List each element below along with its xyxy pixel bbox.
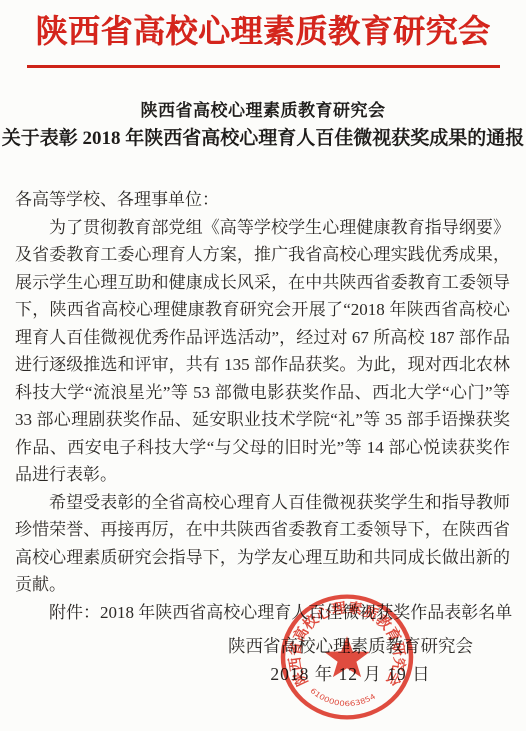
signature-date: 2018 年 12 月 19 日 bbox=[228, 660, 473, 688]
attachment-line: 附件：2018 年陕西省高校心理育人百佳微视获奖作品表彰名单 bbox=[15, 599, 510, 627]
body-paragraph-2: 希望受表彰的全省高校心理育人百佳微视获奖学生和指导教师珍惜荣誉、再接再厉，在中共… bbox=[15, 489, 510, 599]
letterhead-divider-rule bbox=[27, 65, 500, 68]
signature-block: 陕西省高校心理素质教育研究会 2018 年 12 月 19 日 bbox=[228, 632, 473, 688]
salutation-line: 各高等学校、各理事单位： bbox=[15, 186, 510, 214]
document-title: 陕西省高校心理素质教育研究会 关于表彰 2018 年陕西省高校心理育人百佳微视获… bbox=[0, 98, 526, 154]
document-page: 陕西省高校心理素质教育研究会 陕西省高校心理素质教育研究会 关于表彰 2018 … bbox=[0, 0, 526, 731]
document-title-org-line: 陕西省高校心理素质教育研究会 bbox=[0, 98, 526, 124]
document-title-subject-line: 关于表彰 2018 年陕西省高校心理育人百佳微视获奖成果的通报 bbox=[0, 124, 526, 154]
signature-org-name: 陕西省高校心理素质教育研究会 bbox=[228, 632, 473, 660]
body-paragraph-1: 为了贯彻教育部党组《高等学校学生心理健康教育指导纲要》及省委教育工委心理育人方案… bbox=[15, 214, 510, 489]
letterhead-org-name: 陕西省高校心理素质教育研究会 bbox=[0, 0, 526, 52]
document-body: 各高等学校、各理事单位： 为了贯彻教育部党组《高等学校学生心理健康教育指导纲要》… bbox=[15, 186, 510, 626]
seal-serial-number: 6100000663854 bbox=[308, 686, 377, 708]
